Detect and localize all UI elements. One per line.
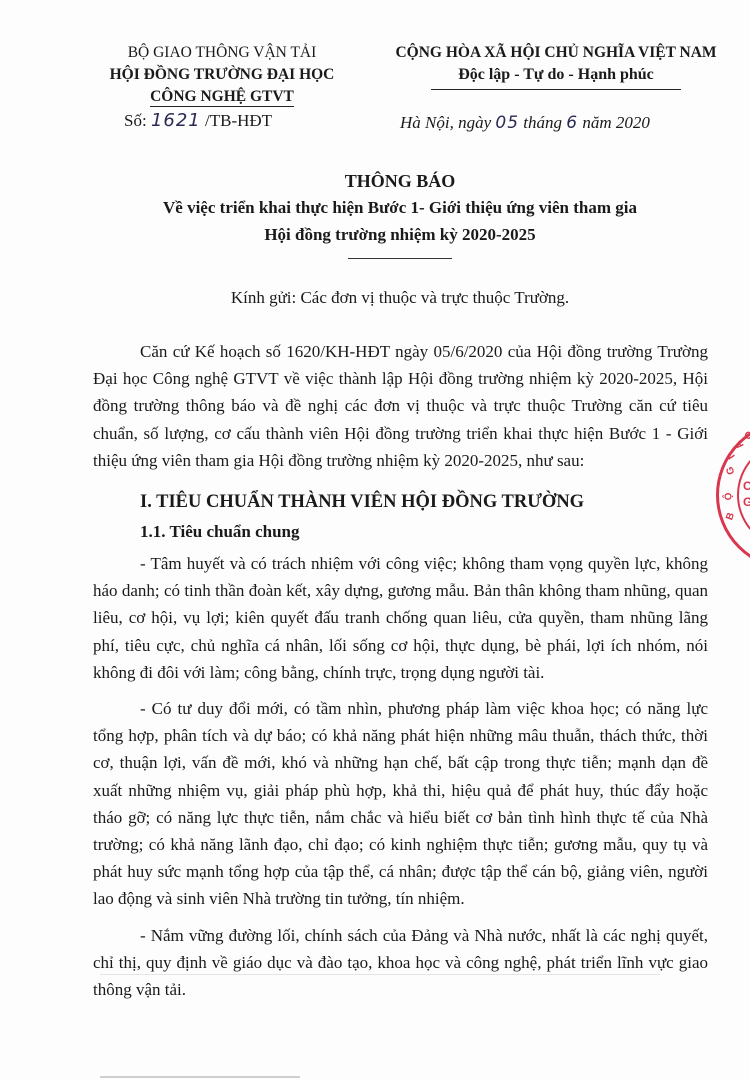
intro-paragraph: Căn cứ Kế hoạch số 1620/KH-HĐT ngày 05/6… xyxy=(93,338,708,474)
document-page: BỘ GIAO THÔNG VẬN TẢI HỘI ĐỒNG TRƯỜNG ĐẠ… xyxy=(0,0,750,1079)
document-body: Căn cứ Kế hoạch số 1620/KH-HĐT ngày 05/6… xyxy=(93,338,708,1003)
subject-line-2: Hội đồng trường nhiệm kỳ 2020-2025 xyxy=(100,221,700,248)
motto-underline xyxy=(431,89,681,90)
scan-artifact xyxy=(100,1076,300,1078)
document-title: THÔNG BÁO Về việc triển khai thực hiện B… xyxy=(100,168,700,259)
council-name-line2: CÔNG NGHỆ GTVT xyxy=(150,88,294,107)
handwritten-number: 1621 xyxy=(151,110,201,131)
red-seal-stamp: B Ộ G I A O C G xyxy=(716,420,750,570)
ministry-name: BỘ GIAO THÔNG VẬN TẢI xyxy=(104,42,340,64)
country-name: CỘNG HÒA XÃ HỘI CHỦ NGHĨA VIỆT NAM xyxy=(370,42,742,64)
council-name-line1: HỘI ĐỒNG TRƯỜNG ĐẠI HỌC xyxy=(104,64,340,86)
handwritten-day: 05 xyxy=(495,113,519,133)
criteria-item: - Nắm vững đường lối, chính sách của Đản… xyxy=(93,922,708,1004)
addressee: Kính gửi: Các đơn vị thuộc và trực thuộc… xyxy=(100,288,700,308)
national-header: CỘNG HÒA XÃ HỘI CHỦ NGHĨA VIỆT NAM Độc l… xyxy=(370,42,742,90)
criteria-item: - Tâm huyết và có trách nhiệm với công v… xyxy=(93,550,708,686)
subsection-heading: 1.1. Tiêu chuẩn chung xyxy=(93,518,708,546)
handwritten-month: 6 xyxy=(566,113,578,133)
issuer-header: BỘ GIAO THÔNG VẬN TẢI HỘI ĐỒNG TRƯỜNG ĐẠ… xyxy=(104,42,340,132)
document-number: Số: 1621 /TB-HĐT xyxy=(104,110,340,132)
criteria-item: - Có tư duy đổi mới, có tầm nhìn, phương… xyxy=(93,695,708,913)
title-divider xyxy=(348,258,452,259)
scan-artifact xyxy=(100,974,660,975)
issue-date: Hà Nội, ngày 05 tháng 6 năm 2020 xyxy=(400,113,650,133)
section-heading: I. TIÊU CHUẨN THÀNH VIÊN HỘI ĐỒNG TRƯỜNG xyxy=(93,488,708,516)
document-type: THÔNG BÁO xyxy=(100,168,700,194)
national-motto: Độc lập - Tự do - Hạnh phúc xyxy=(370,64,742,86)
subject-line-1: Về việc triển khai thực hiện Bước 1- Giớ… xyxy=(100,194,700,221)
